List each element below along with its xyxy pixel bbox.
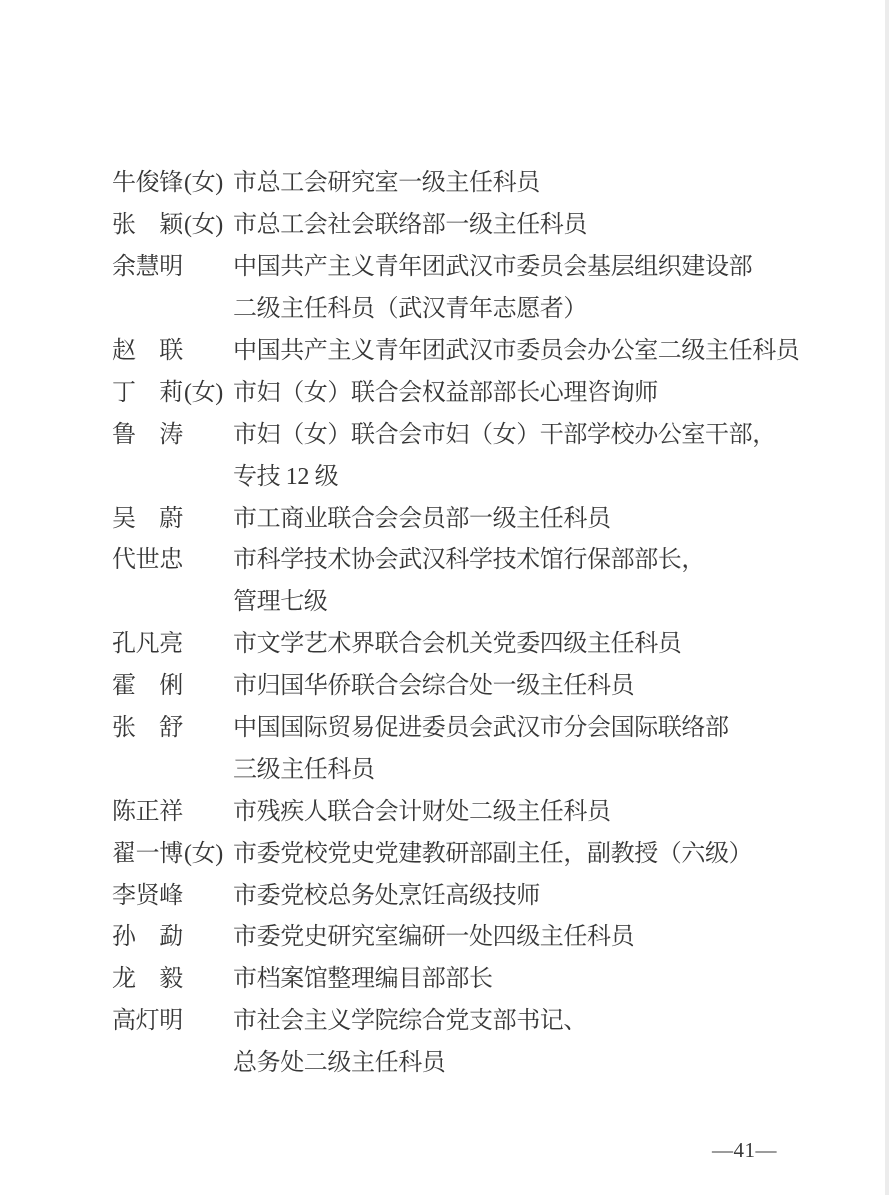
position-text: 专技 12 级 [233,456,338,491]
person-name: 翟一博 [112,833,184,868]
list-entry-line: 专技 12 级 [0,452,889,494]
person-name: 龙 毅 [112,958,184,993]
gender-suffix: (女) [184,204,233,239]
list-entry-line: 张 颖 (女) 市总工会社会联络部一级主任科员 [0,201,889,243]
list-entry-line: 翟一博 (女) 市委党校党史党建教研部副主任，副教授（六级） [0,829,889,871]
person-name: 孔凡亮 [112,623,184,658]
person-name: 张 颖 [112,204,184,239]
person-name: 李贤峰 [112,875,184,910]
person-name: 丁 莉 [112,372,184,407]
page-number: —41— [712,1138,777,1163]
list-entry-line: 鲁 涛 市妇（女）联合会市妇（女）干部学校办公室干部， [0,410,889,452]
list-entry-line: 赵 联 中国共产主义青年团武汉市委员会办公室二级主任科员 [0,327,889,369]
list-entry-line: 二级主任科员（武汉青年志愿者） [0,285,889,327]
person-name: 陈正祥 [112,791,184,826]
person-name: 孙 勐 [112,916,184,951]
position-text: 市妇（女）联合会市妇（女）干部学校办公室干部， [233,414,776,449]
list-entry-line: 孔凡亮 市文学艺术界联合会机关党委四级主任科员 [0,620,889,662]
list-entry-line: 丁 莉 (女) 市妇（女）联合会权益部部长心理咨询师 [0,368,889,410]
person-name: 鲁 涛 [112,414,184,449]
position-text: 市委党校党史党建教研部副主任，副教授（六级） [233,833,752,868]
person-name: 吴 蔚 [112,498,184,533]
position-text: 总务处二级主任科员 [233,1042,445,1077]
position-text: 市委党史研究室编研一处四级主任科员 [233,916,634,951]
list-entry-line: 余慧明 中国共产主义青年团武汉市委员会基层组织建设部 [0,243,889,285]
position-text: 市委党校总务处烹饪高级技师 [233,875,540,910]
gender-suffix: (女) [184,162,233,197]
honoree-list: 牛俊锋 (女) 市总工会研究室一级主任科员 张 颖 (女) 市总工会社会联络部一… [0,159,889,1081]
position-text: 市文学艺术界联合会机关党委四级主任科员 [233,623,681,658]
list-entry-line: 霍 俐 市归国华侨联合会综合处一级主任科员 [0,662,889,704]
position-text: 市总工会研究室一级主任科员 [233,162,540,197]
person-name: 赵 联 [112,330,184,365]
position-text: 市工商业联合会会员部一级主任科员 [233,498,611,533]
scan-edge-shadow [885,0,889,1195]
list-entry-line: 牛俊锋 (女) 市总工会研究室一级主任科员 [0,159,889,201]
position-text: 三级主任科员 [233,749,375,784]
position-text: 市总工会社会联络部一级主任科员 [233,204,587,239]
list-entry-line: 孙 勐 市委党史研究室编研一处四级主任科员 [0,913,889,955]
position-text: 中国共产主义青年团武汉市委员会基层组织建设部 [233,246,752,281]
position-text: 管理七级 [233,581,327,616]
position-text: 二级主任科员（武汉青年志愿者） [233,288,587,323]
person-name: 代世忠 [112,539,184,574]
list-entry-line: 代世忠 市科学技术协会武汉科学技术馆行保部部长， [0,536,889,578]
list-entry-line: 张 舒 中国国际贸易促进委员会武汉市分会国际联络部 [0,704,889,746]
list-entry-line: 总务处二级主任科员 [0,1039,889,1081]
person-name: 余慧明 [112,246,184,281]
position-text: 市归国华侨联合会综合处一级主任科员 [233,665,634,700]
gender-suffix: (女) [184,372,233,407]
list-entry-line: 龙 毅 市档案馆整理编目部部长 [0,955,889,997]
gender-suffix: (女) [184,833,233,868]
document-page: 牛俊锋 (女) 市总工会研究室一级主任科员 张 颖 (女) 市总工会社会联络部一… [0,0,889,1195]
list-entry-line: 管理七级 [0,578,889,620]
position-text: 市社会主义学院综合党支部书记、 [233,1000,587,1035]
person-name: 牛俊锋 [112,162,184,197]
position-text: 市妇（女）联合会权益部部长心理咨询师 [233,372,658,407]
person-name: 霍 俐 [112,665,184,700]
person-name: 高灯明 [112,1000,184,1035]
position-text: 中国国际贸易促进委员会武汉市分会国际联络部 [233,707,729,742]
list-entry-line: 陈正祥 市残疾人联合会计财处二级主任科员 [0,787,889,829]
position-text: 市档案馆整理编目部部长 [233,958,493,993]
list-entry-line: 三级主任科员 [0,745,889,787]
list-entry-line: 吴 蔚 市工商业联合会会员部一级主任科员 [0,494,889,536]
person-name: 张 舒 [112,707,184,742]
list-entry-line: 高灯明 市社会主义学院综合党支部书记、 [0,997,889,1039]
position-text: 中国共产主义青年团武汉市委员会办公室二级主任科员 [233,330,799,365]
list-entry-line: 李贤峰 市委党校总务处烹饪高级技师 [0,871,889,913]
position-text: 市残疾人联合会计财处二级主任科员 [233,791,611,826]
position-text: 市科学技术协会武汉科学技术馆行保部部长， [233,539,705,574]
